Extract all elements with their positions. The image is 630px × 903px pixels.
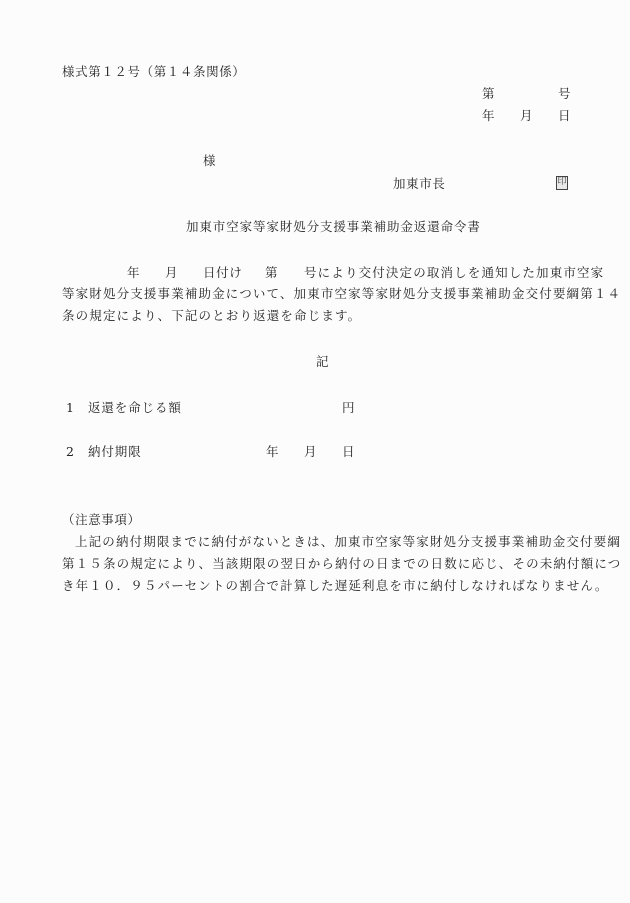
body-line-2: 等家財処分支援事業補助金について、加東市空家等家財処分支援事業補助金交付要綱第１… bbox=[62, 286, 621, 302]
addressee-honorific: 様 bbox=[203, 153, 216, 169]
item-2-label: 納付期限 bbox=[88, 444, 142, 460]
body-year: 年 bbox=[127, 265, 140, 281]
notes-heading: （注意事項） bbox=[62, 512, 141, 528]
item-1-number: 1 bbox=[66, 400, 75, 416]
item-1-label: 返還を命じる額 bbox=[88, 400, 182, 416]
doc-number-prefix: 第 bbox=[482, 86, 495, 102]
body-line1-rest: 号により交付決定の取消しを通知した加東市空家 bbox=[304, 265, 604, 281]
item-2-day: 日 bbox=[342, 444, 355, 460]
date-month: 月 bbox=[520, 108, 533, 124]
issuer-name: 加東市長 bbox=[393, 176, 445, 192]
item-1-unit: 円 bbox=[342, 400, 355, 416]
notes-line-1: 上記の納付期限までに納付がないときは、加東市空家等家財処分支援事業補助金交付要綱 bbox=[75, 534, 621, 550]
seal-mark-icon: 印 bbox=[556, 176, 568, 190]
body-number-prefix: 第 bbox=[265, 265, 278, 281]
body-day-suffix: 日付け bbox=[203, 265, 242, 281]
item-2-year: 年 bbox=[266, 444, 279, 460]
doc-number-suffix: 号 bbox=[558, 86, 571, 102]
item-2-month: 月 bbox=[304, 444, 317, 460]
notes-line-2: 第１５条の規定により、当該期限の翌日から納付の日までの日数に応じ、その未納付額に… bbox=[62, 556, 621, 572]
notes-line-3: き年１０．９５パーセントの割合で計算した遅延利息を市に納付しなければなりません。 bbox=[62, 578, 609, 594]
body-month: 月 bbox=[165, 265, 178, 281]
document-title: 加東市空家等家財処分支援事業補助金返還命令書 bbox=[186, 219, 481, 235]
ki-heading: 記 bbox=[316, 354, 329, 370]
form-number: 様式第１２号（第１４条関係） bbox=[62, 64, 245, 80]
date-year: 年 bbox=[482, 108, 495, 124]
item-2-number: 2 bbox=[66, 444, 75, 460]
document-page: 様式第１２号（第１４条関係） 第 号 年 月 日 様 加東市長 印 加東市空家等… bbox=[0, 0, 630, 903]
date-day: 日 bbox=[558, 108, 571, 124]
body-line-3: 条の規定により、下記のとおり返還を命じます。 bbox=[62, 308, 361, 324]
